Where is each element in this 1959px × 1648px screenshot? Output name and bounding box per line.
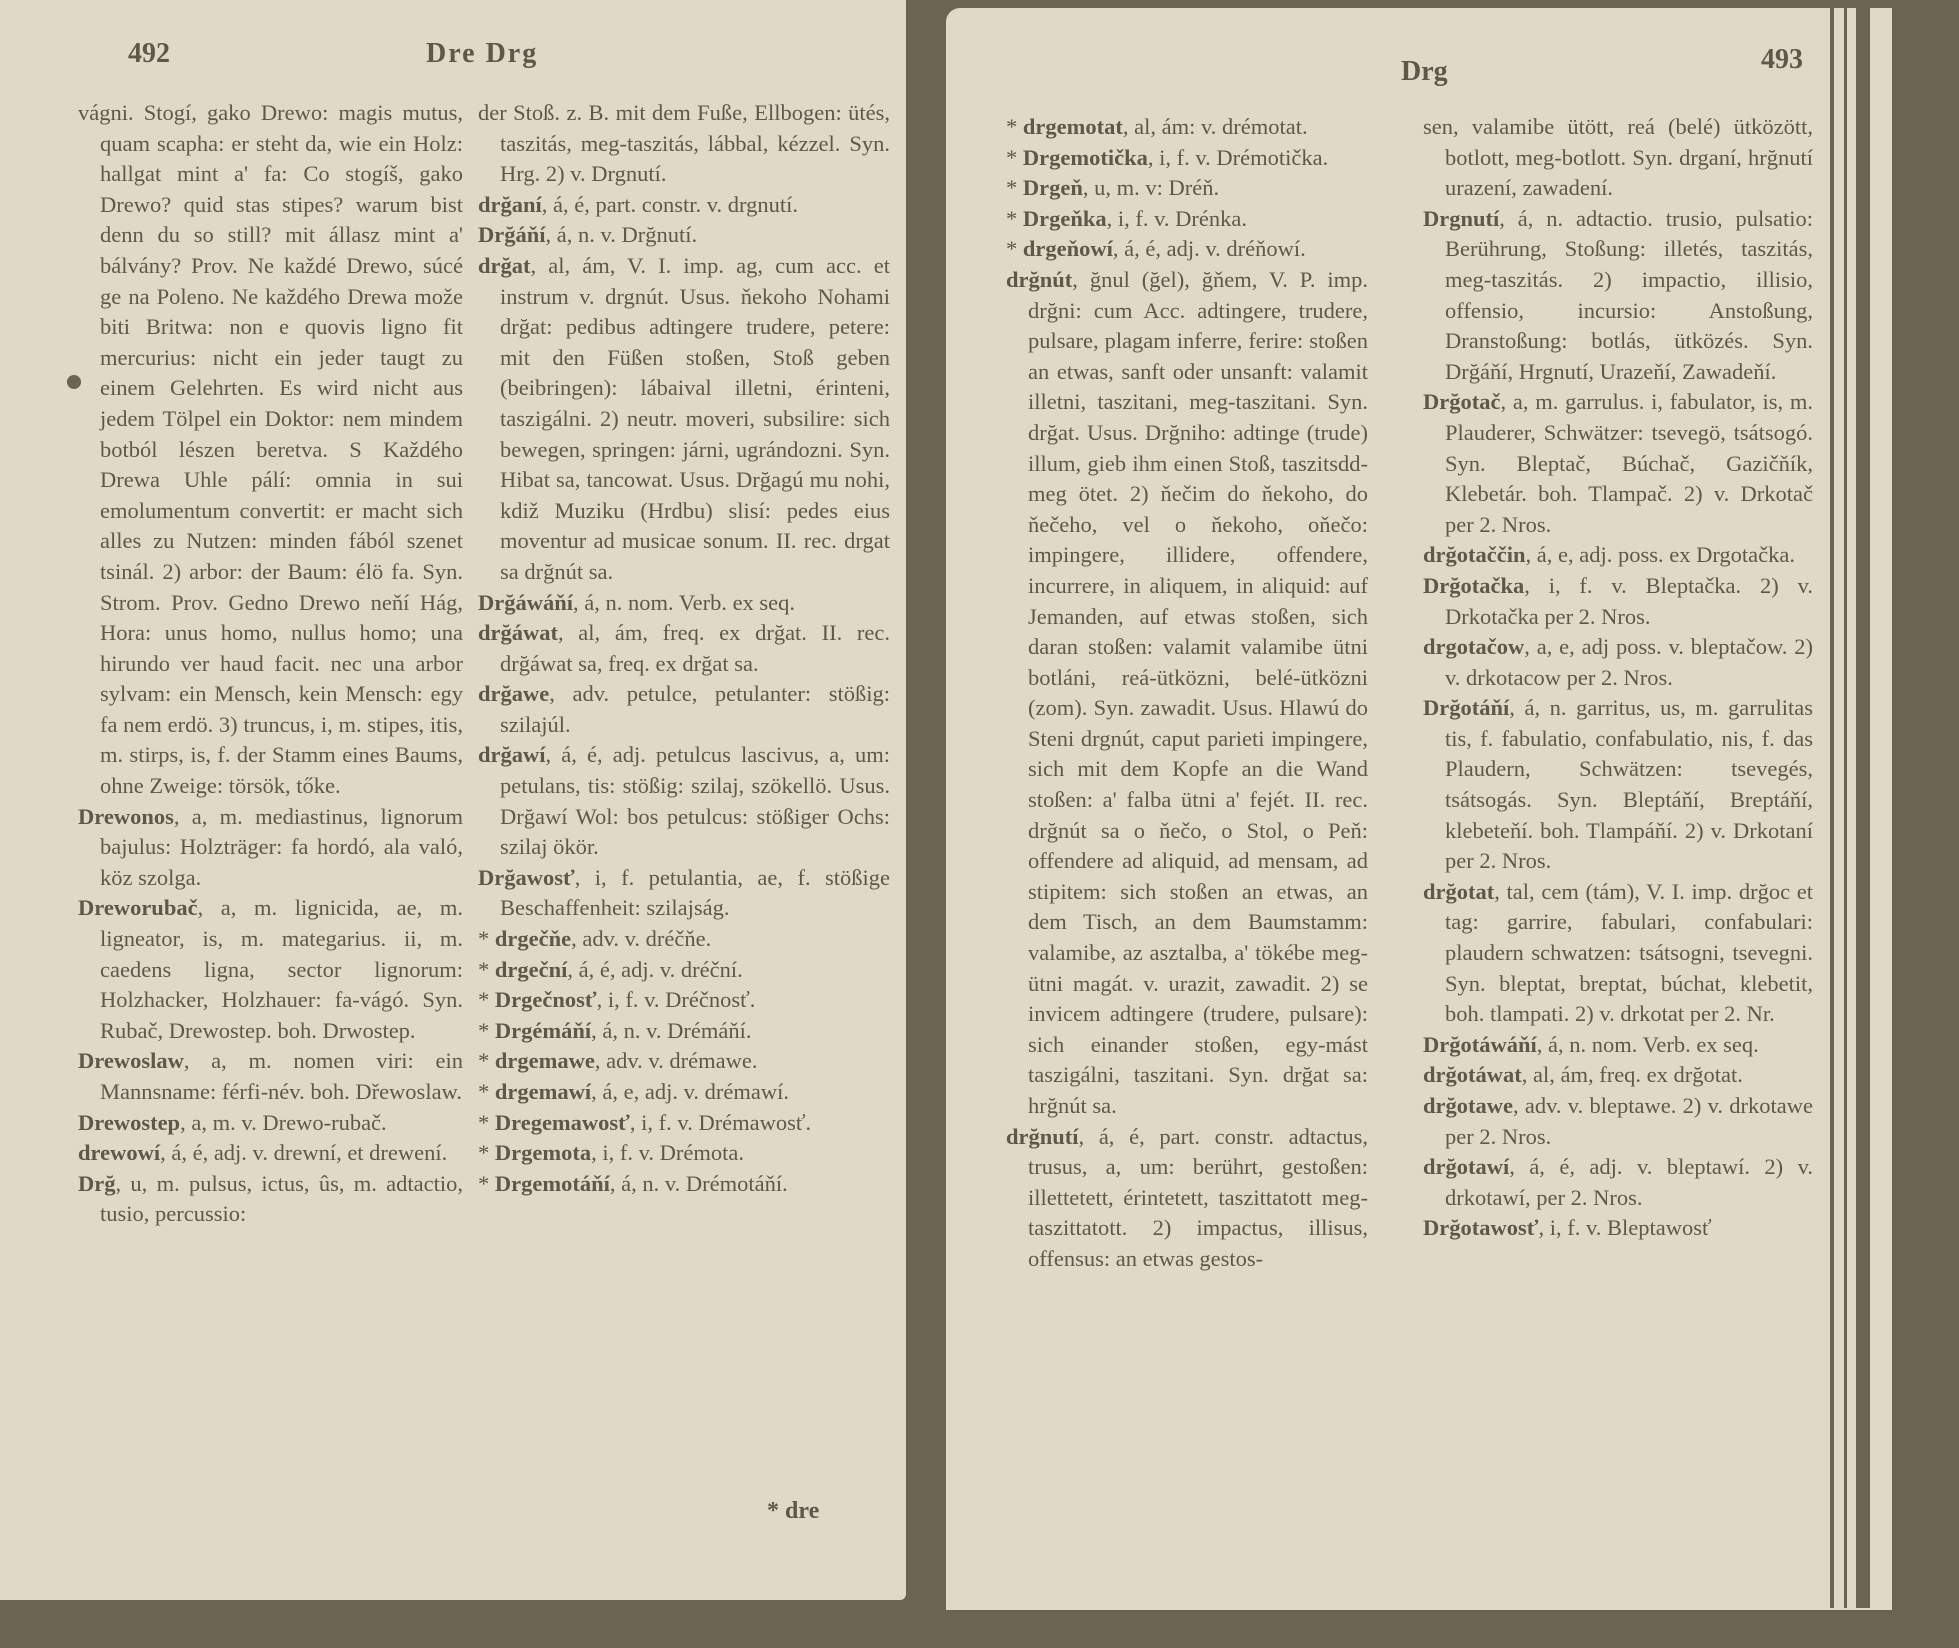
- page-edge-lines: [1830, 8, 1870, 1608]
- entry-definition: , á, é, part. constr. v. drgnutí.: [542, 192, 798, 217]
- entry-definition: , á, n. v. Drğnutí.: [546, 222, 698, 247]
- dictionary-entry: drğáwat, al, ám, freq. ex drğat. II. rec…: [478, 618, 890, 679]
- entry-headword: Drewostep: [78, 1110, 180, 1135]
- entry-headword: drğawí: [478, 742, 546, 767]
- entry-definition: sen, valamibe ütött, reá (belé) ütközött…: [1423, 114, 1813, 200]
- entry-definition: , i, f. v. Drémawosť.: [630, 1110, 811, 1135]
- entry-headword: Drğotačka: [1423, 573, 1524, 598]
- dictionary-entry: * Drgemota, i, f. v. Drémota.: [478, 1138, 890, 1169]
- entry-definition: , á, n. v. Drémáňí.: [591, 1018, 751, 1043]
- entry-definition: vágni. Stogí, gako Drewo: magis mutus, q…: [78, 100, 463, 798]
- entry-headword: Drewonos: [78, 804, 174, 829]
- obsolete-marker: *: [478, 1140, 495, 1165]
- entry-definition: , á, n. garritus, us, m. garrulitas tis,…: [1445, 695, 1813, 873]
- dictionary-entry: * Drgemotička, i, f. v. Drémotička.: [1006, 143, 1368, 174]
- running-head-right: Drg: [1401, 56, 1448, 88]
- dictionary-entry: drğat, al, ám, V. I. imp. ag, cum acc. e…: [478, 251, 890, 588]
- dictionary-entry: * drgemawí, á, e, adj. v. drémawí.: [478, 1077, 890, 1108]
- dictionary-entry: Drğ, u, m. pulsus, ictus, ûs, m. adtacti…: [78, 1169, 463, 1230]
- entry-definition: , á, n. adtactio. trusio, pulsatio: Berü…: [1445, 206, 1813, 384]
- entry-definition: , adv. petulce, petulanter: stößig: szil…: [500, 681, 890, 737]
- entry-definition: , al, ám, V. I. imp. ag, cum acc. et ins…: [500, 253, 890, 584]
- entry-definition: , i, f. v. Bleptawosť: [1538, 1215, 1711, 1240]
- entry-headword: drgotačow: [1423, 634, 1524, 659]
- dictionary-entry: * Dregemawosť, i, f. v. Drémawosť.: [478, 1108, 890, 1139]
- dictionary-entry: * Drgečnosť, i, f. v. Dréčnosť.: [478, 985, 890, 1016]
- column-left-2: der Stoß. z. B. mit dem Fuße, Ellbogen: …: [478, 98, 890, 1199]
- ink-blot: [67, 375, 81, 389]
- dictionary-entry: * drgeční, á, é, adj. v. dréční.: [478, 955, 890, 986]
- entry-definition: , a, m. v. Drewo-rubač.: [180, 1110, 387, 1135]
- entry-definition: , á, é, adj. v. drewní, et drewení.: [160, 1140, 447, 1165]
- dictionary-entry: * Drgémáňí, á, n. v. Drémáňí.: [478, 1016, 890, 1047]
- obsolete-marker: *: [478, 1018, 495, 1043]
- entry-definition: , á, é, part. constr. adtactus, trusus, …: [1028, 1124, 1368, 1271]
- entry-definition: , tal, cem (tám), V. I. imp. drğoc et ta…: [1445, 879, 1813, 1026]
- entry-definition: , i, f. v. Drémotička.: [1148, 145, 1328, 170]
- dictionary-entry: drğawí, á, é, adj. petulcus lascivus, a,…: [478, 740, 890, 862]
- dictionary-entry: der Stoß. z. B. mit dem Fuße, Ellbogen: …: [478, 98, 890, 190]
- entry-definition: , al, ám, freq. ex drğotat.: [1522, 1062, 1743, 1087]
- entry-headword: Drğawosť: [478, 865, 575, 890]
- entry-definition: , al, ám, freq. ex drğat. II. rec. drğáw…: [500, 620, 890, 676]
- entry-headword: drgeční: [495, 957, 568, 982]
- dictionary-entry: Drğawosť, i, f. petulantia, ae, f. stößi…: [478, 863, 890, 924]
- entry-definition: , u, m. v: Dréň.: [1083, 175, 1219, 200]
- entry-definition: , á, n. nom. Verb. ex seq.: [573, 590, 795, 615]
- left-page: 492 Dre Drg vágni. Stogí, gako Drewo: ma…: [0, 0, 906, 1600]
- obsolete-marker: *: [478, 1079, 495, 1104]
- entry-headword: drğnutí: [1006, 1124, 1079, 1149]
- entry-headword: drgemotat: [1023, 114, 1123, 139]
- obsolete-marker: *: [478, 1110, 495, 1135]
- entry-definition: , adv. v. drémawe.: [595, 1048, 758, 1073]
- dictionary-entry: * drgemawe, adv. v. drémawe.: [478, 1046, 890, 1077]
- entry-headword: Drgnutí: [1423, 206, 1499, 231]
- entry-definition: , u, m. pulsus, ictus, ûs, m. adtactio, …: [100, 1171, 463, 1227]
- dictionary-entry: Drewonos, a, m. mediastinus, lignorum ba…: [78, 802, 463, 894]
- page-number-right: 493: [1761, 44, 1803, 76]
- entry-definition: , a, m. garrulus. i, fabulator, is, m. P…: [1445, 389, 1813, 536]
- dictionary-entry: Drewoslaw, a, m. nomen viri: ein Mannsna…: [78, 1046, 463, 1107]
- entry-headword: Drewoslaw: [78, 1048, 184, 1073]
- entry-definition: , ğnul (ğel), ğňem, V. P. imp. drğni: cu…: [1028, 267, 1368, 1118]
- entry-definition: , á, e, adj. poss. ex Drgotačka.: [1525, 542, 1795, 567]
- dictionary-entry: drewowí, á, é, adj. v. drewní, et drewen…: [78, 1138, 463, 1169]
- dictionary-entry: drğawe, adv. petulce, petulanter: stößig…: [478, 679, 890, 740]
- entry-headword: drgečňe: [495, 926, 571, 951]
- column-right-1: * drgemotat, al, ám: v. drémotat.* Drgem…: [1006, 112, 1368, 1275]
- entry-headword: Drğotač: [1423, 389, 1500, 414]
- obsolete-marker: *: [478, 957, 495, 982]
- dictionary-entry: Drgnutí, á, n. adtactio. trusio, pulsati…: [1423, 204, 1813, 388]
- dictionary-entry: Drğotačka, i, f. v. Bleptačka. 2) v. Drk…: [1423, 571, 1813, 632]
- dictionary-entry: drğnutí, á, é, part. constr. adtactus, t…: [1006, 1122, 1368, 1275]
- entry-headword: drğotáwat: [1423, 1062, 1522, 1087]
- dictionary-entry: Drğáwáňí, á, n. nom. Verb. ex seq.: [478, 588, 890, 619]
- entry-headword: Dreworubač: [78, 895, 198, 920]
- column-left-1: vágni. Stogí, gako Drewo: magis mutus, q…: [78, 98, 463, 1230]
- entry-headword: drgemawí: [495, 1079, 591, 1104]
- entry-headword: Drgémáňí: [495, 1018, 591, 1043]
- entry-definition: , á, é, adj. petulcus lascivus, a, um: p…: [500, 742, 890, 859]
- entry-definition: , á, e, adj. v. drémawí.: [591, 1079, 789, 1104]
- entry-headword: Drğotáňí: [1423, 695, 1509, 720]
- dictionary-entry: * drgemotat, al, ám: v. drémotat.: [1006, 112, 1368, 143]
- dictionary-entry: drğotawe, adv. v. bleptawe. 2) v. drkota…: [1423, 1091, 1813, 1152]
- entry-headword: Drğáňí: [478, 222, 546, 247]
- dictionary-entry: * Drgemotáňí, á, n. v. Drémotáňí.: [478, 1169, 890, 1200]
- dictionary-entry: Drewostep, a, m. v. Drewo-rubač.: [78, 1108, 463, 1139]
- dictionary-entry: drğotáwat, al, ám, freq. ex drğotat.: [1423, 1060, 1813, 1091]
- right-page: Drg 493 * drgemotat, al, ám: v. drémotat…: [946, 8, 1892, 1610]
- dictionary-entry: drgotačow, a, e, adj poss. v. bleptačow.…: [1423, 632, 1813, 693]
- dictionary-entry: drğotat, tal, cem (tám), V. I. imp. drğo…: [1423, 877, 1813, 1030]
- obsolete-marker: *: [478, 926, 495, 951]
- entry-headword: drğotaččin: [1423, 542, 1525, 567]
- dictionary-entry: * Drgeň, u, m. v: Dréň.: [1006, 173, 1368, 204]
- dictionary-entry: Dreworubač, a, m. lignicida, ae, m. lign…: [78, 893, 463, 1046]
- entry-definition: , adv. v. dréčňe.: [571, 926, 711, 951]
- entry-definition: , á, é, adj. v. dréční.: [567, 957, 742, 982]
- obsolete-marker: *: [1006, 114, 1023, 139]
- obsolete-marker: *: [1006, 175, 1023, 200]
- entry-headword: Drgeňka: [1023, 206, 1107, 231]
- dictionary-entry: Drğotáňí, á, n. garritus, us, m. garruli…: [1423, 693, 1813, 877]
- obsolete-marker: *: [478, 987, 495, 1012]
- entry-definition: , al, ám: v. drémotat.: [1123, 114, 1308, 139]
- entry-headword: Drğotawosť: [1423, 1215, 1538, 1240]
- dictionary-entry: drğotaččin, á, e, adj. poss. ex Drgotačk…: [1423, 540, 1813, 571]
- obsolete-marker: *: [1006, 145, 1023, 170]
- column-right-2: sen, valamibe ütött, reá (belé) ütközött…: [1423, 112, 1813, 1244]
- entry-headword: drgemawe: [495, 1048, 595, 1073]
- entry-headword: drğat: [478, 253, 531, 278]
- entry-headword: drğawe: [478, 681, 549, 706]
- dictionary-entry: drğotawí, á, é, adj. v. bleptawí. 2) v. …: [1423, 1152, 1813, 1213]
- obsolete-marker: *: [478, 1171, 495, 1196]
- entry-headword: Drğotáwáňí: [1423, 1032, 1537, 1057]
- entry-definition: , i, f. v. Drénka.: [1107, 206, 1247, 231]
- entry-headword: Dregemawosť: [495, 1110, 630, 1135]
- dictionary-entry: drğnút, ğnul (ğel), ğňem, V. P. imp. drğ…: [1006, 265, 1368, 1122]
- dictionary-entry: vágni. Stogí, gako Drewo: magis mutus, q…: [78, 98, 463, 802]
- entry-definition: , á, n. v. Drémotáňí.: [610, 1171, 788, 1196]
- entry-headword: drğotawe: [1423, 1093, 1513, 1118]
- entry-headword: drğnút: [1006, 267, 1072, 292]
- entry-definition: , i, f. v. Drémota.: [591, 1140, 744, 1165]
- entry-headword: drğotawí: [1423, 1154, 1509, 1179]
- dictionary-entry: * drgečňe, adv. v. dréčňe.: [478, 924, 890, 955]
- entry-definition: , á, é, adj. v. dréňowí.: [1113, 236, 1306, 261]
- entry-headword: Drgeň: [1023, 175, 1083, 200]
- entry-headword: drğáwat: [478, 620, 558, 645]
- entry-headword: drğaní: [478, 192, 542, 217]
- entry-headword: drgeňowí: [1023, 236, 1113, 261]
- obsolete-marker: *: [1006, 206, 1023, 231]
- entry-headword: Drğ: [78, 1171, 116, 1196]
- entry-headword: drğotat: [1423, 879, 1494, 904]
- obsolete-marker: *: [478, 1048, 495, 1073]
- entry-definition: , á, n. nom. Verb. ex seq.: [1537, 1032, 1759, 1057]
- obsolete-marker: *: [1006, 236, 1023, 261]
- entry-headword: Drgemotička: [1023, 145, 1148, 170]
- entry-headword: Drğáwáňí: [478, 590, 573, 615]
- dictionary-entry: Drğotáwáňí, á, n. nom. Verb. ex seq.: [1423, 1030, 1813, 1061]
- entry-definition: , i, f. v. Dréčnosť.: [597, 987, 756, 1012]
- entry-headword: Drgemotáňí: [495, 1171, 610, 1196]
- catchword: * dre: [767, 1498, 819, 1525]
- entry-headword: Drgemota: [495, 1140, 591, 1165]
- running-head-left: Dre Drg: [426, 38, 538, 70]
- dictionary-entry: * drgeňowí, á, é, adj. v. dréňowí.: [1006, 234, 1368, 265]
- entry-definition: der Stoß. z. B. mit dem Fuße, Ellbogen: …: [478, 100, 890, 186]
- dictionary-entry: Drğotawosť, i, f. v. Bleptawosť: [1423, 1213, 1813, 1244]
- entry-headword: Drgečnosť: [495, 987, 597, 1012]
- page-number-left: 492: [128, 38, 170, 70]
- dictionary-entry: drğaní, á, é, part. constr. v. drgnutí.: [478, 190, 890, 221]
- dictionary-entry: * Drgeňka, i, f. v. Drénka.: [1006, 204, 1368, 235]
- entry-headword: drewowí: [78, 1140, 160, 1165]
- dictionary-entry: sen, valamibe ütött, reá (belé) ütközött…: [1423, 112, 1813, 204]
- dictionary-entry: Drğotač, a, m. garrulus. i, fabulator, i…: [1423, 387, 1813, 540]
- dictionary-entry: Drğáňí, á, n. v. Drğnutí.: [478, 220, 890, 251]
